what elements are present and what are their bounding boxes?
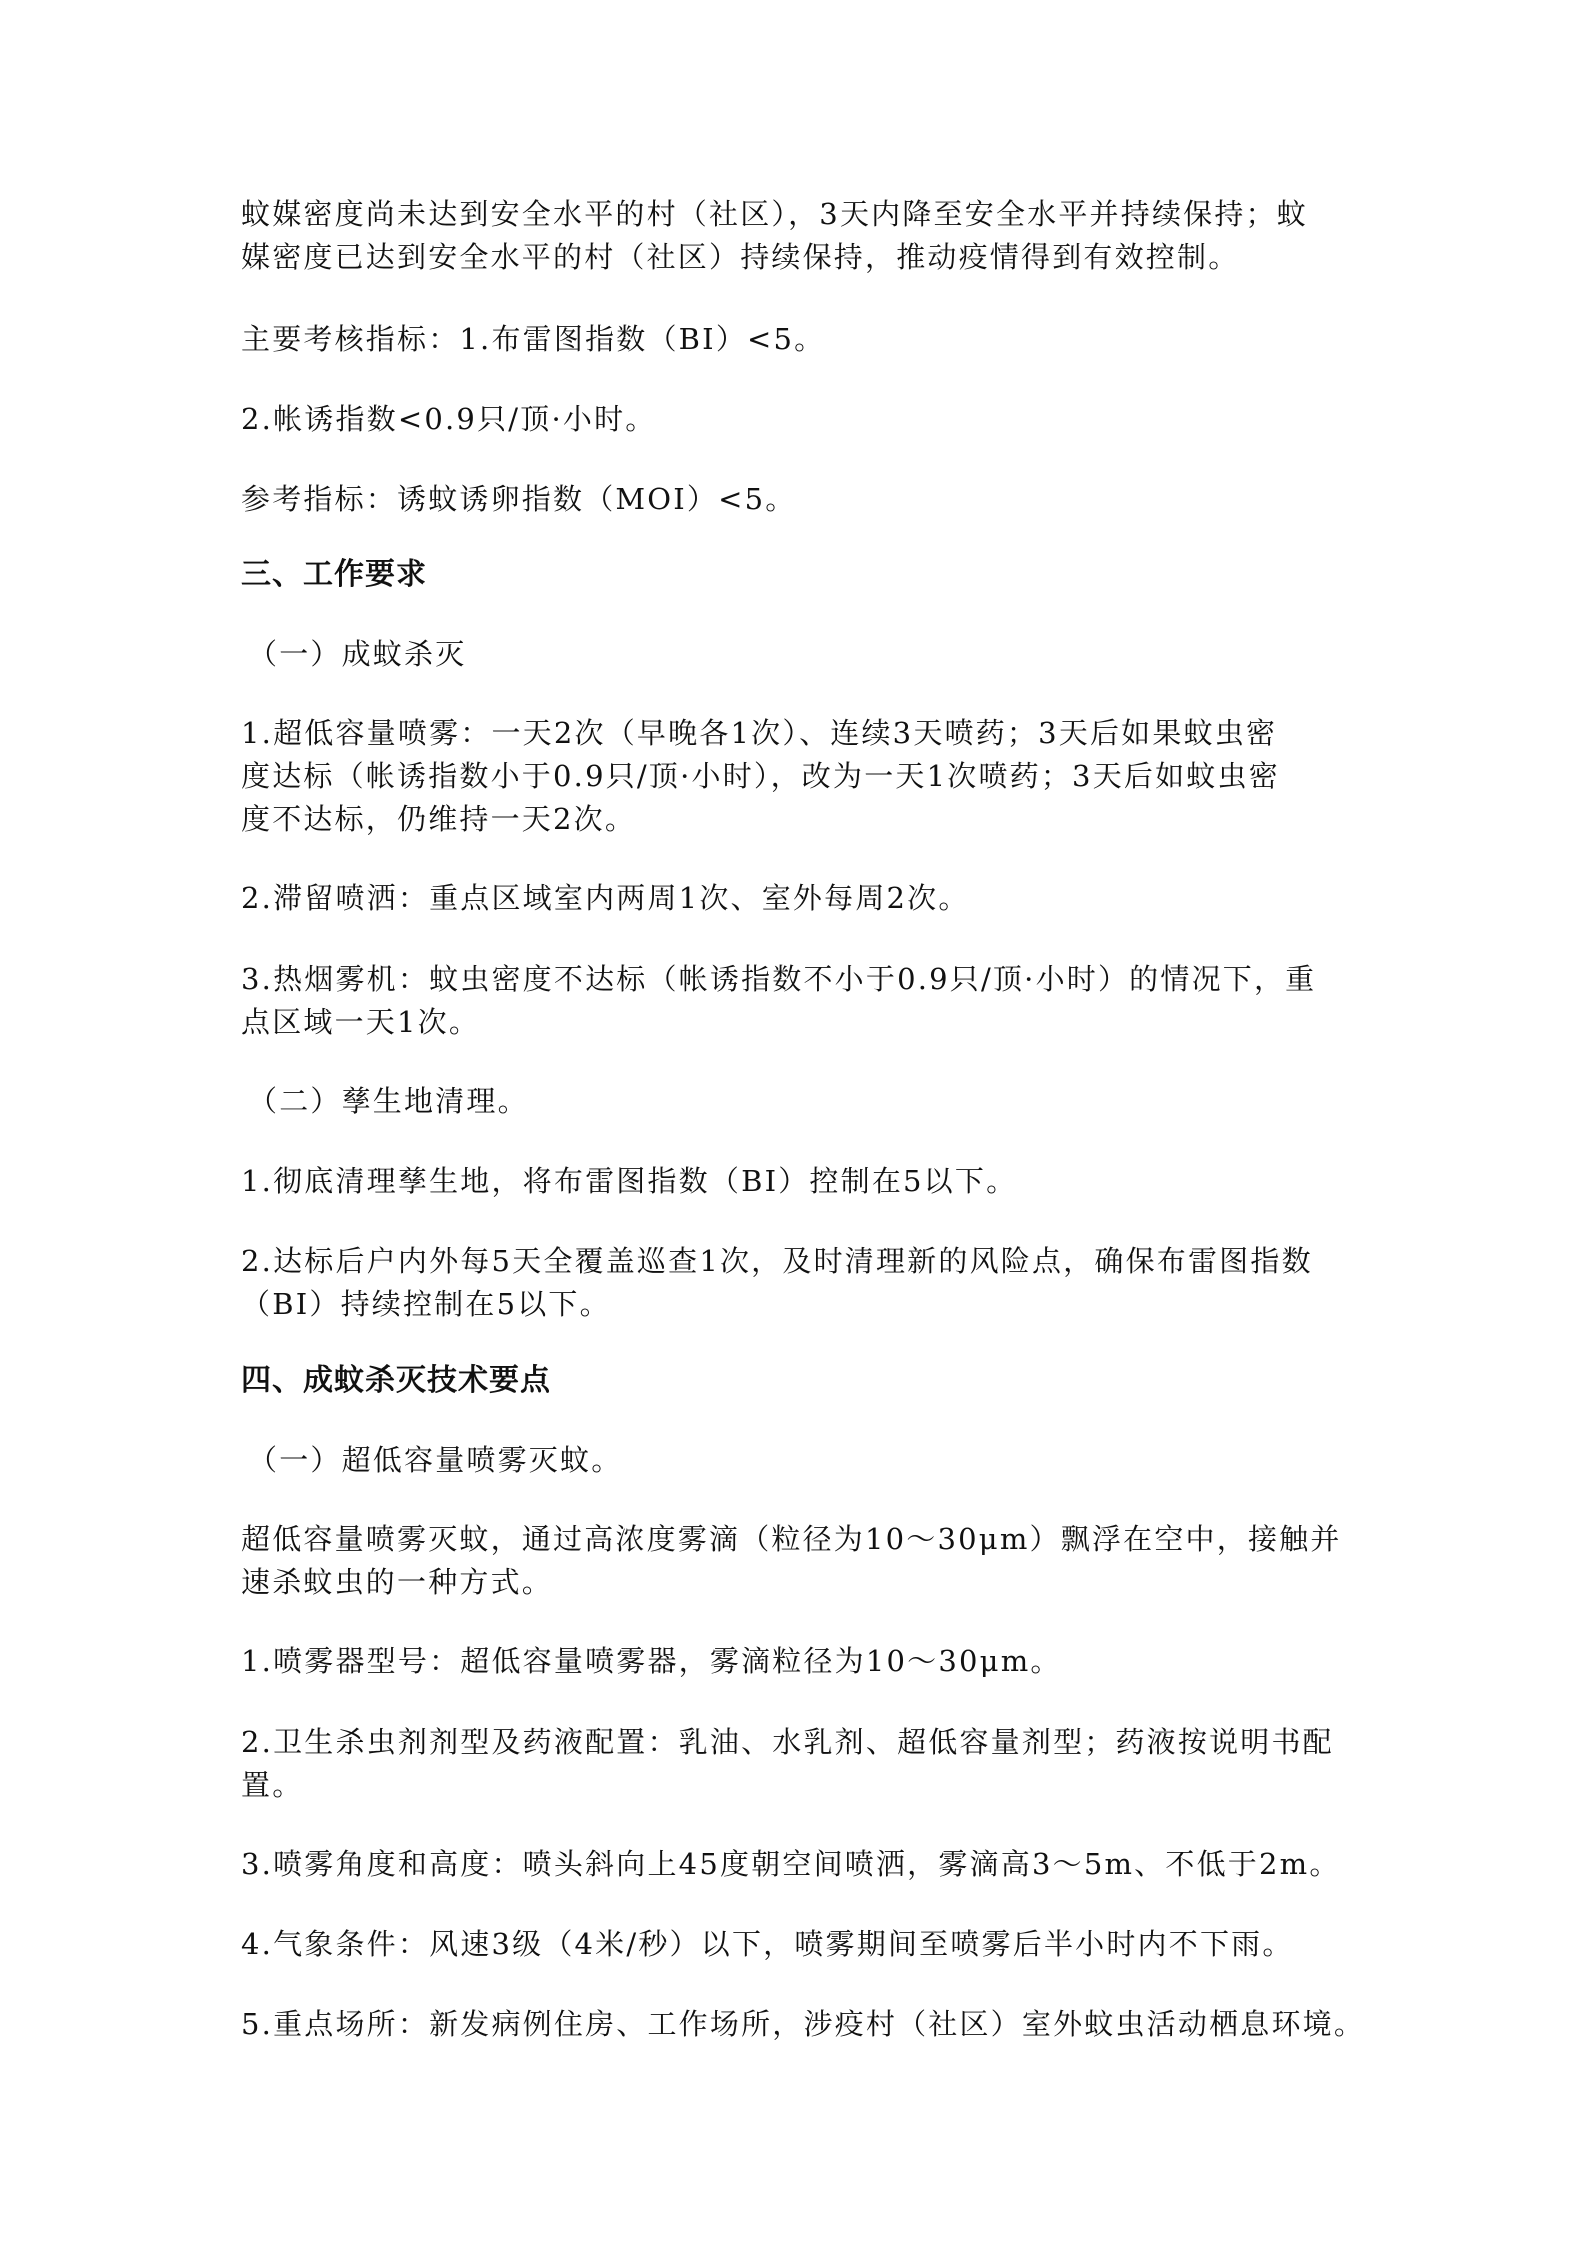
s3-item3-line-1: 3.热烟雾机：蚊虫密度不达标（帐诱指数不小于0.9只/顶·小时）的情况下，重 xyxy=(241,958,1316,1000)
section-3-sub1-title: （一）成蚊杀灭 xyxy=(248,633,466,675)
main-indicator-2: 2.帐诱指数<0.9只/顶·小时。 xyxy=(241,398,656,440)
s3-item3-line-2: 点区域一天1次。 xyxy=(241,1001,480,1043)
s4-item1: 1.喷雾器型号：超低容量喷雾器，雾滴粒径为10～30μm。 xyxy=(241,1640,1062,1682)
s4-item4: 4.气象条件：风速3级（4米/秒）以下，喷雾期间至喷雾后半小时内不下雨。 xyxy=(241,1923,1294,1965)
intro-line-2: 媒密度已达到安全水平的村（社区）持续保持，推动疫情得到有效控制。 xyxy=(241,236,1239,278)
s4-item3: 3.喷雾角度和高度：喷头斜向上45度朝空间喷洒，雾滴高3～5m、不低于2m。 xyxy=(241,1843,1341,1885)
s3-item2: 2.滞留喷洒：重点区域室内两周1次、室外每周2次。 xyxy=(241,877,970,919)
s3-sub2-item2-line-2: （BI）持续控制在5以下。 xyxy=(241,1283,611,1325)
section-3-title: 三、工作要求 xyxy=(241,554,427,596)
section-4-sub1-title: （一）超低容量喷雾灭蚊。 xyxy=(248,1439,622,1481)
s3-sub2-item1: 1.彻底清理孳生地，将布雷图指数（BI）控制在5以下。 xyxy=(241,1160,1017,1202)
section-3-sub2-title: （二）孳生地清理。 xyxy=(248,1080,529,1122)
s3-sub2-item2-line-1: 2.达标后户内外每5天全覆盖巡查1次，及时清理新的风险点，确保布雷图指数 xyxy=(241,1240,1313,1282)
s3-item1-line-2: 度达标（帐诱指数小于0.9只/顶·小时），改为一天1次喷药；3天后如蚊虫密 xyxy=(241,755,1280,797)
s4-desc-line-1: 超低容量喷雾灭蚊，通过高浓度雾滴（粒径为10～30μm）飘浮在空中，接触并 xyxy=(241,1518,1342,1560)
document-page: 蚊媒密度尚未达到安全水平的村（社区），3天内降至安全水平并持续保持；蚊 媒密度已… xyxy=(0,0,1587,2245)
s3-item1-line-1: 1.超低容量喷雾：一天2次（早晚各1次）、连续3天喷药；3天后如果蚊虫密 xyxy=(241,712,1277,754)
s3-item1-line-3: 度不达标，仍维持一天2次。 xyxy=(241,798,636,840)
s4-item2-line-1: 2.卫生杀虫剂剂型及药液配置：乳油、水乳剂、超低容量剂型；药液按说明书配 xyxy=(241,1721,1334,1763)
s4-desc-line-2: 速杀蚊虫的一种方式。 xyxy=(241,1561,553,1603)
reference-indicator: 参考指标：诱蚊诱卵指数（MOI）<5。 xyxy=(241,478,796,520)
section-4-title: 四、成蚊杀灭技术要点 xyxy=(241,1360,551,1402)
s4-item5: 5.重点场所：新发病例住房、工作场所，涉疫村（社区）室外蚊虫活动栖息环境。 xyxy=(241,2003,1365,2045)
main-indicator: 主要考核指标：1.布雷图指数（BI）<5。 xyxy=(241,318,825,360)
intro-line-1: 蚊媒密度尚未达到安全水平的村（社区），3天内降至安全水平并持续保持；蚊 xyxy=(241,193,1308,235)
s4-item2-line-2: 置。 xyxy=(241,1764,303,1806)
